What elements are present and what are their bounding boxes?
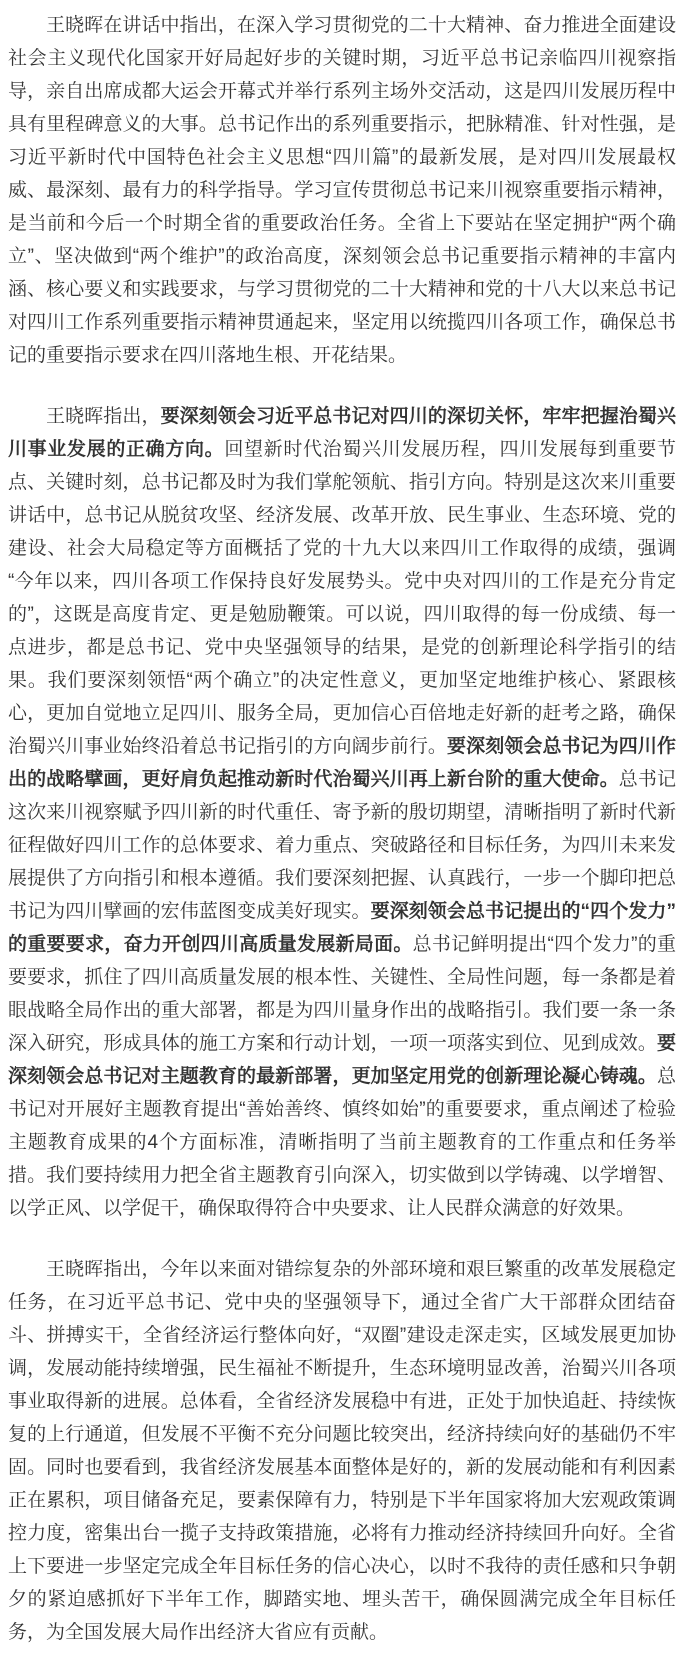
- article-body: 王晓晖在讲话中指出，在深入学习贯彻党的二十大精神、奋力推进全面建设社会主义现代化…: [8, 9, 676, 1649]
- paragraph: 王晓晖指出，今年以来面对错综复杂的外部环境和艰巨繁重的改革发展稳定任务，在习近平…: [8, 1253, 676, 1649]
- body-text: 回望新时代治蜀兴川发展历程，四川发展每到重要节点、关键时刻，总书记都及时为我们掌…: [8, 439, 676, 757]
- body-text: 王晓晖指出，今年以来面对错综复杂的外部环境和艰巨繁重的改革发展稳定任务，在习近平…: [8, 1259, 676, 1643]
- body-text: 王晓晖指出，: [46, 406, 161, 427]
- body-text: 王晓晖在讲话中指出，在深入学习贯彻党的二十大精神、奋力推进全面建设社会主义现代化…: [8, 15, 676, 366]
- article-page: 王晓晖在讲话中指出，在深入学习贯彻党的二十大精神、奋力推进全面建设社会主义现代化…: [0, 0, 684, 1659]
- body-text: 总书记对开展好主题教育提出“善始善终、慎终如始”的重要要求，重点阐述了检验主题教…: [8, 1066, 676, 1219]
- paragraph: 王晓晖指出，要深刻领会习近平总书记对四川的深切关怀，牢牢把握治蜀兴川事业发展的正…: [8, 400, 676, 1225]
- paragraph: 王晓晖在讲话中指出，在深入学习贯彻党的二十大精神、奋力推进全面建设社会主义现代化…: [8, 9, 676, 372]
- body-text: 总书记这次来川视察赋予四川新的时代重任、寄予新的殷切期望，清晰指明了新时代新征程…: [8, 769, 676, 922]
